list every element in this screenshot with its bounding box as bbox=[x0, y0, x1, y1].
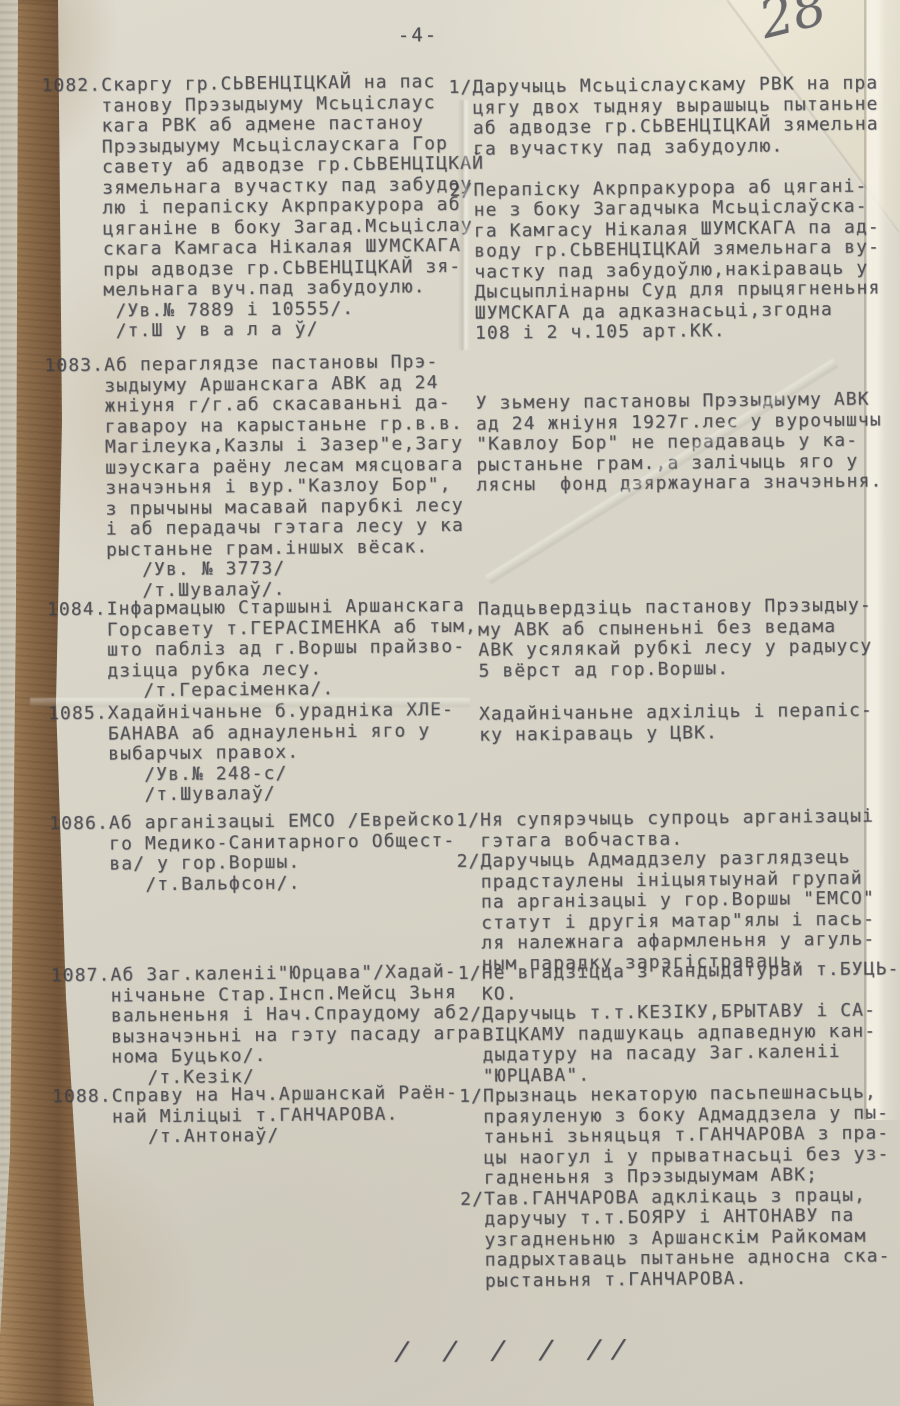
entry-resolution: 1/Ня супярэчыць супроць арганізацыі гэта… bbox=[456, 805, 900, 975]
entry-question: 1082.Скаргу гр.СЬВЕНЦІЦКАЙ на пас танову… bbox=[41, 72, 496, 343]
paper-crease bbox=[458, 100, 470, 350]
paper-crease bbox=[30, 698, 470, 707]
entry-question: 1086.Аб арганізацыі ЕМСО /Еврейско го Ме… bbox=[49, 809, 502, 896]
entry-resolution: 1/Не вгадзіцца з кандыдатурай т.БУЦЬ- КО… bbox=[458, 957, 900, 1087]
entry-question: 1088.Справу на Нач.Аршанскай Раён- най М… bbox=[52, 1082, 505, 1148]
page-number: -4- bbox=[0, 20, 843, 51]
entry-resolution: 1/Даручыць Мсьціслаускаму РВК на пра цяг… bbox=[448, 67, 896, 344]
footer-slash-marks: / / / / // bbox=[392, 1334, 637, 1366]
entry-question: 1084.Інфармацыю Старшыні Аршанскага Горс… bbox=[47, 595, 500, 702]
entry-row-1083: 1083.Аб пераглядзе пастановы Прэ- зыдыум… bbox=[0, 347, 896, 356]
entry-row-1082: 1082.Скаргу гр.СЬВЕНЦІЦКАЙ на пас танову… bbox=[0, 67, 893, 76]
entry-resolution: 1/Прызнаць некаторую пасьпешнасьць, прая… bbox=[459, 1078, 900, 1292]
entry-row-1086: 1086.Аб арганізацыі ЕМСО /Еврейско го Ме… bbox=[1, 805, 900, 814]
entry-question: 1087.Аб Заг.каленіі"Юрцава"/Хадай- нічан… bbox=[51, 961, 504, 1089]
entry-resolution: Падцьвердзіць пастанову Прэзыдыу- му АВК… bbox=[454, 591, 900, 682]
entry-question: 1083.Аб пераглядзе пастановы Прэ- зыдыум… bbox=[44, 351, 499, 602]
entry-question: 1085.Хадайнічаньне б.урадніка ХЛЕ- БАНАВ… bbox=[48, 699, 501, 806]
entry-resolution: Хадайнічаньне адхіліць і перапіс- ку нак… bbox=[455, 695, 900, 746]
document-page: -4- 1082.Скаргу гр.СЬВЕНЦІЦКАЙ на пас та… bbox=[0, 0, 900, 1406]
entry-row-1087: 1087.Аб Заг.каленіі"Юрцава"/Хадай- нічан… bbox=[3, 957, 900, 966]
